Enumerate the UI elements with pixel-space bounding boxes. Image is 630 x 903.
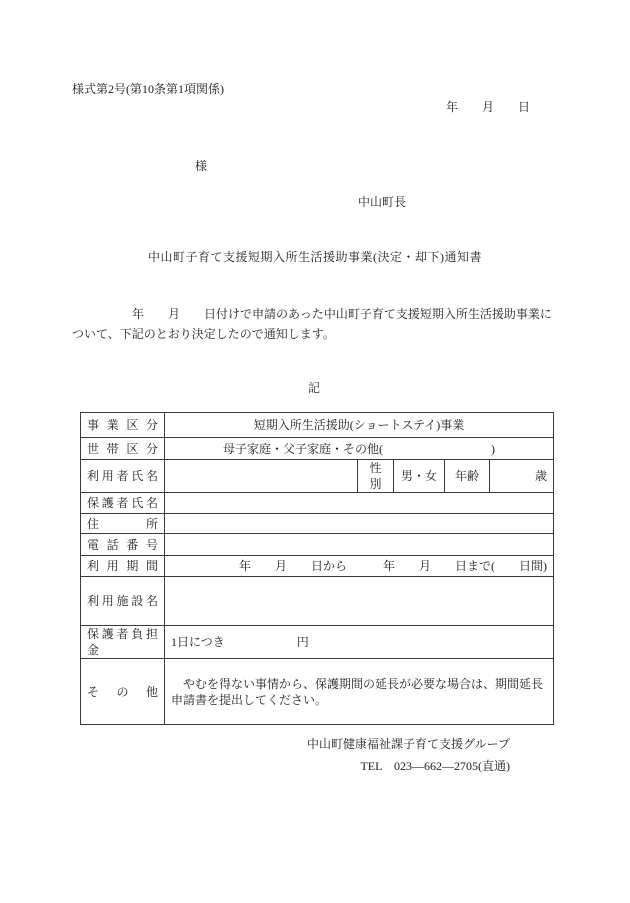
sex-value: 男・女: [394, 460, 445, 493]
usage-period-value: 年 月 日から 年 月 日まで( 日間): [165, 556, 554, 577]
row-address: 住所: [81, 514, 554, 534]
row-guardian-fee: 保護者負担金 1日につき 円: [81, 626, 554, 659]
guardian-name-label: 保護者氏名: [81, 493, 165, 514]
document-title: 中山町子育て支援短期入所生活援助事業(決定・却下)通知書: [72, 249, 558, 265]
other-notes-label: その他: [81, 659, 165, 725]
facility-name-value: [165, 577, 554, 626]
phone-number-value: [165, 534, 554, 556]
user-name-value: [165, 460, 358, 493]
guardian-name-value: [165, 493, 554, 514]
other-notes-value: やむを得ない事情から、保護期間の延長が必要な場合は、期間延長申請書を提出してくだ…: [165, 659, 554, 725]
form-number: 様式第2号(第10条第1項関係): [72, 81, 558, 97]
notification-table: 事業区分 短期入所生活援助(ショートステイ)事業 世帯区分 母子家庭・父子家庭・…: [80, 412, 554, 725]
date-line: 年 月 日: [72, 99, 558, 115]
addressee-line: 様: [72, 158, 558, 174]
body-paragraph: 年 月 日付けで申請のあった中山町子育て支援短期入所生活援助事業に ついて、下記…: [72, 304, 558, 344]
business-type-label: 事業区分: [81, 413, 165, 438]
document-page: 様式第2号(第10条第1項関係) 年 月 日 様 中山町長 中山町子育て支援短期…: [0, 0, 630, 903]
user-name-label: 利用者氏名: [81, 460, 165, 493]
household-type-value: 母子家庭・父子家庭・その他( ): [165, 438, 554, 460]
body-line-1: 年 月 日付けで申請のあった中山町子育て支援短期入所生活援助事業に: [72, 304, 558, 324]
usage-period-label: 利用期間: [81, 556, 165, 577]
age-unit: 歳: [490, 460, 554, 493]
address-label: 住所: [81, 514, 165, 534]
body-line-2: ついて、下記のとおり決定したので通知します。: [72, 324, 558, 344]
footer-contact: 中山町健康福祉課子育て支援グループ TEL 023—662—2705(直通): [72, 733, 558, 777]
age-label: 年齢: [445, 460, 490, 493]
row-business-type: 事業区分 短期入所生活援助(ショートステイ)事業: [81, 413, 554, 438]
sender-name: 中山町長: [358, 195, 406, 209]
addressee-suffix: 様: [195, 159, 207, 173]
household-type-label: 世帯区分: [81, 438, 165, 460]
phone-number-label: 電話番号: [81, 534, 165, 556]
business-type-value: 短期入所生活援助(ショートステイ)事業: [165, 413, 554, 438]
row-other-notes: その他 やむを得ない事情から、保護期間の延長が必要な場合は、期間延長申請書を提出…: [81, 659, 554, 725]
facility-name-label: 利用施設名: [81, 577, 165, 626]
guardian-fee-value: 1日につき 円: [165, 626, 554, 659]
address-value: [165, 514, 554, 534]
row-usage-period: 利用期間 年 月 日から 年 月 日まで( 日間): [81, 556, 554, 577]
row-user-name: 利用者氏名 性別 男・女 年齢 歳: [81, 460, 554, 493]
section-mark: 記: [72, 380, 558, 396]
row-household-type: 世帯区分 母子家庭・父子家庭・その他( ): [81, 438, 554, 460]
row-guardian-name: 保護者氏名: [81, 493, 554, 514]
row-facility-name: 利用施設名: [81, 577, 554, 626]
guardian-fee-label: 保護者負担金: [81, 626, 165, 659]
sex-label: 性別: [358, 460, 394, 493]
department-name: 中山町健康福祉課子育て支援グループ: [72, 733, 510, 755]
phone-contact: TEL 023—662—2705(直通): [72, 755, 510, 777]
sender-line: 中山町長: [72, 194, 558, 210]
row-phone-number: 電話番号: [81, 534, 554, 556]
